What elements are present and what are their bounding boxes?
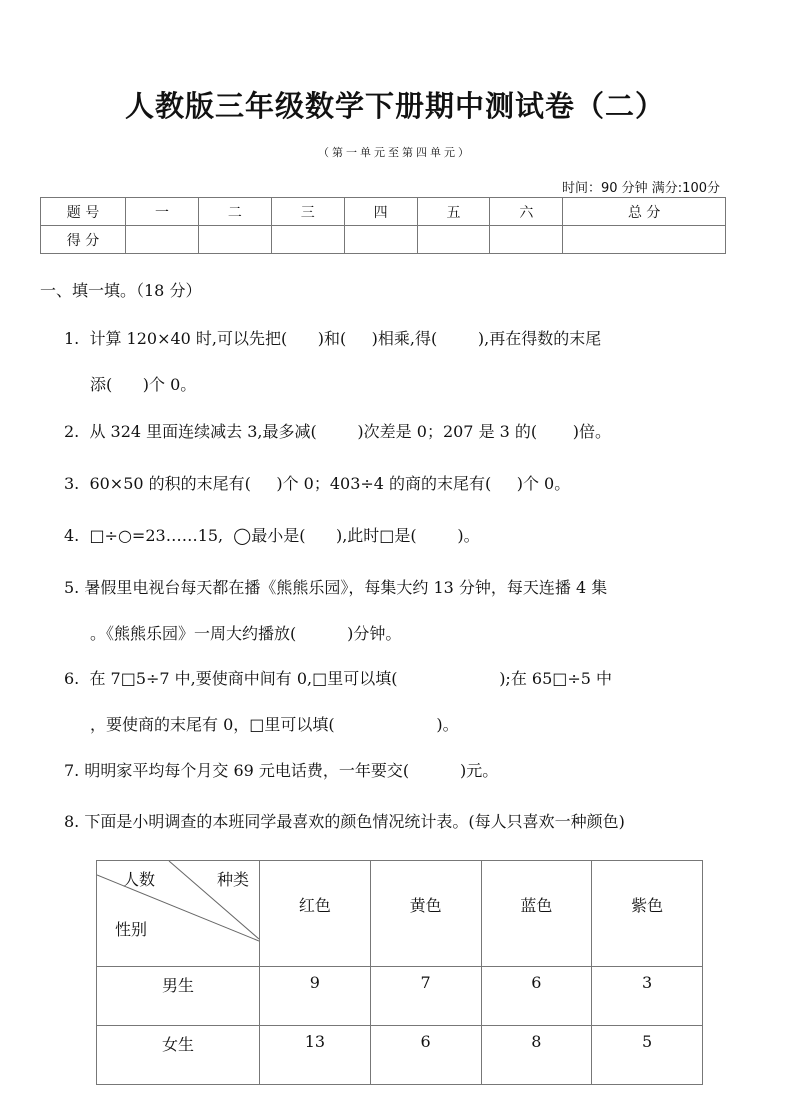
question-text: 6. 在 7□5÷7 中,要使商中间有 0,□里可以填( );在 65□÷5 中 [64,656,754,702]
column-header-red: 红色 [260,861,371,967]
page-title: 人教版三年级数学下册期中测试卷（二） [0,84,790,125]
color-preference-table: 人数 种类 性别 红色 黄色 蓝色 紫色 男生 9 7 6 3 女生 13 6 … [96,860,703,1085]
score-cell[interactable] [126,226,199,254]
score-header-cell: 总 分 [563,198,726,226]
column-header-yellow: 黄色 [370,861,481,967]
question-2: 2. 从 324 里面连续减去 3,最多减( )次差是 0；207 是 3 的(… [64,409,754,455]
score-table: 题 号 一 二 三 四 五 六 总 分 得 分 [40,197,726,254]
question-6: 6. 在 7□5÷7 中,要使商中间有 0,□里可以填( );在 65□÷5 中… [64,656,754,748]
score-cell[interactable] [417,226,490,254]
table-cell: 6 [370,1026,481,1085]
question-text: 1. 计算 120×40 时,可以先把( )和( )相乘,得( ),再在得数的末… [64,316,754,362]
score-cell[interactable] [198,226,271,254]
table-cell: 3 [592,967,703,1026]
question-text-continued: 添( )个 0。 [64,362,754,408]
score-cell[interactable] [344,226,417,254]
color-table-header-row: 人数 种类 性别 红色 黄色 蓝色 紫色 [97,861,703,967]
row-label: 男生 [97,967,260,1026]
question-text-continued: 。《熊熊乐园》一周大约播放( )分钟。 [64,611,754,657]
table-cell: 13 [260,1026,371,1085]
score-header-cell: 一 [126,198,199,226]
column-header-blue: 蓝色 [481,861,592,967]
score-cell[interactable] [563,226,726,254]
question-text: 2. 从 324 里面连续减去 3,最多减( )次差是 0；207 是 3 的(… [64,409,754,455]
question-text: 4. □÷○=23……15, ◯最小是( ),此时□是( )。 [64,513,754,559]
score-header-cell: 二 [198,198,271,226]
section-heading: 一、填一填。（18 分） [40,278,201,301]
score-cell[interactable] [271,226,344,254]
time-info: 时间：90 分钟 满分:100分 [562,177,720,196]
score-table-header-row: 题 号 一 二 三 四 五 六 总 分 [41,198,726,226]
row-label: 女生 [97,1026,260,1085]
page-subtitle: （第一单元至第四单元） [0,144,790,160]
question-1: 1. 计算 120×40 时,可以先把( )和( )相乘,得( ),再在得数的末… [64,316,754,408]
table-cell: 8 [481,1026,592,1085]
corner-label-count: 人数 [123,867,155,890]
table-cell: 6 [481,967,592,1026]
question-text: 8. 下面是小明调查的本班同学最喜欢的颜色情况统计表。(每人只喜欢一种颜色) [64,799,754,845]
table-cell: 7 [370,967,481,1026]
score-header-cell: 三 [271,198,344,226]
table-cell: 5 [592,1026,703,1085]
question-text-continued: ，要使商的末尾有 0，□里可以填( )。 [64,702,754,748]
question-4: 4. □÷○=23……15, ◯最小是( ),此时□是( )。 [64,513,754,559]
question-7: 7. 明明家平均每个月交 69 元电话费，一年要交( )元。 [64,748,754,794]
score-header-cell: 六 [490,198,563,226]
score-row-label: 得 分 [41,226,126,254]
question-text: 7. 明明家平均每个月交 69 元电话费，一年要交( )元。 [64,748,754,794]
diagonal-header-cell: 人数 种类 性别 [97,861,260,967]
question-text: 5. 暑假里电视台每天都在播《熊熊乐园》，每集大约 13 分钟，每天连播 4 集 [64,565,754,611]
table-row-girls: 女生 13 6 8 5 [97,1026,703,1085]
column-header-purple: 紫色 [592,861,703,967]
question-5: 5. 暑假里电视台每天都在播《熊熊乐园》，每集大约 13 分钟，每天连播 4 集… [64,565,754,657]
score-header-cell: 题 号 [41,198,126,226]
corner-label-category: 种类 [217,867,249,890]
table-row-boys: 男生 9 7 6 3 [97,967,703,1026]
score-cell[interactable] [490,226,563,254]
table-cell: 9 [260,967,371,1026]
question-3: 3. 60×50 的积的末尾有( )个 0；403÷4 的商的末尾有( )个 0… [64,461,754,507]
score-table-score-row: 得 分 [41,226,726,254]
question-text: 3. 60×50 的积的末尾有( )个 0；403÷4 的商的末尾有( )个 0… [64,461,754,507]
question-8: 8. 下面是小明调查的本班同学最喜欢的颜色情况统计表。(每人只喜欢一种颜色) [64,799,754,845]
corner-label-gender: 性别 [115,917,147,940]
score-header-cell: 五 [417,198,490,226]
score-header-cell: 四 [344,198,417,226]
